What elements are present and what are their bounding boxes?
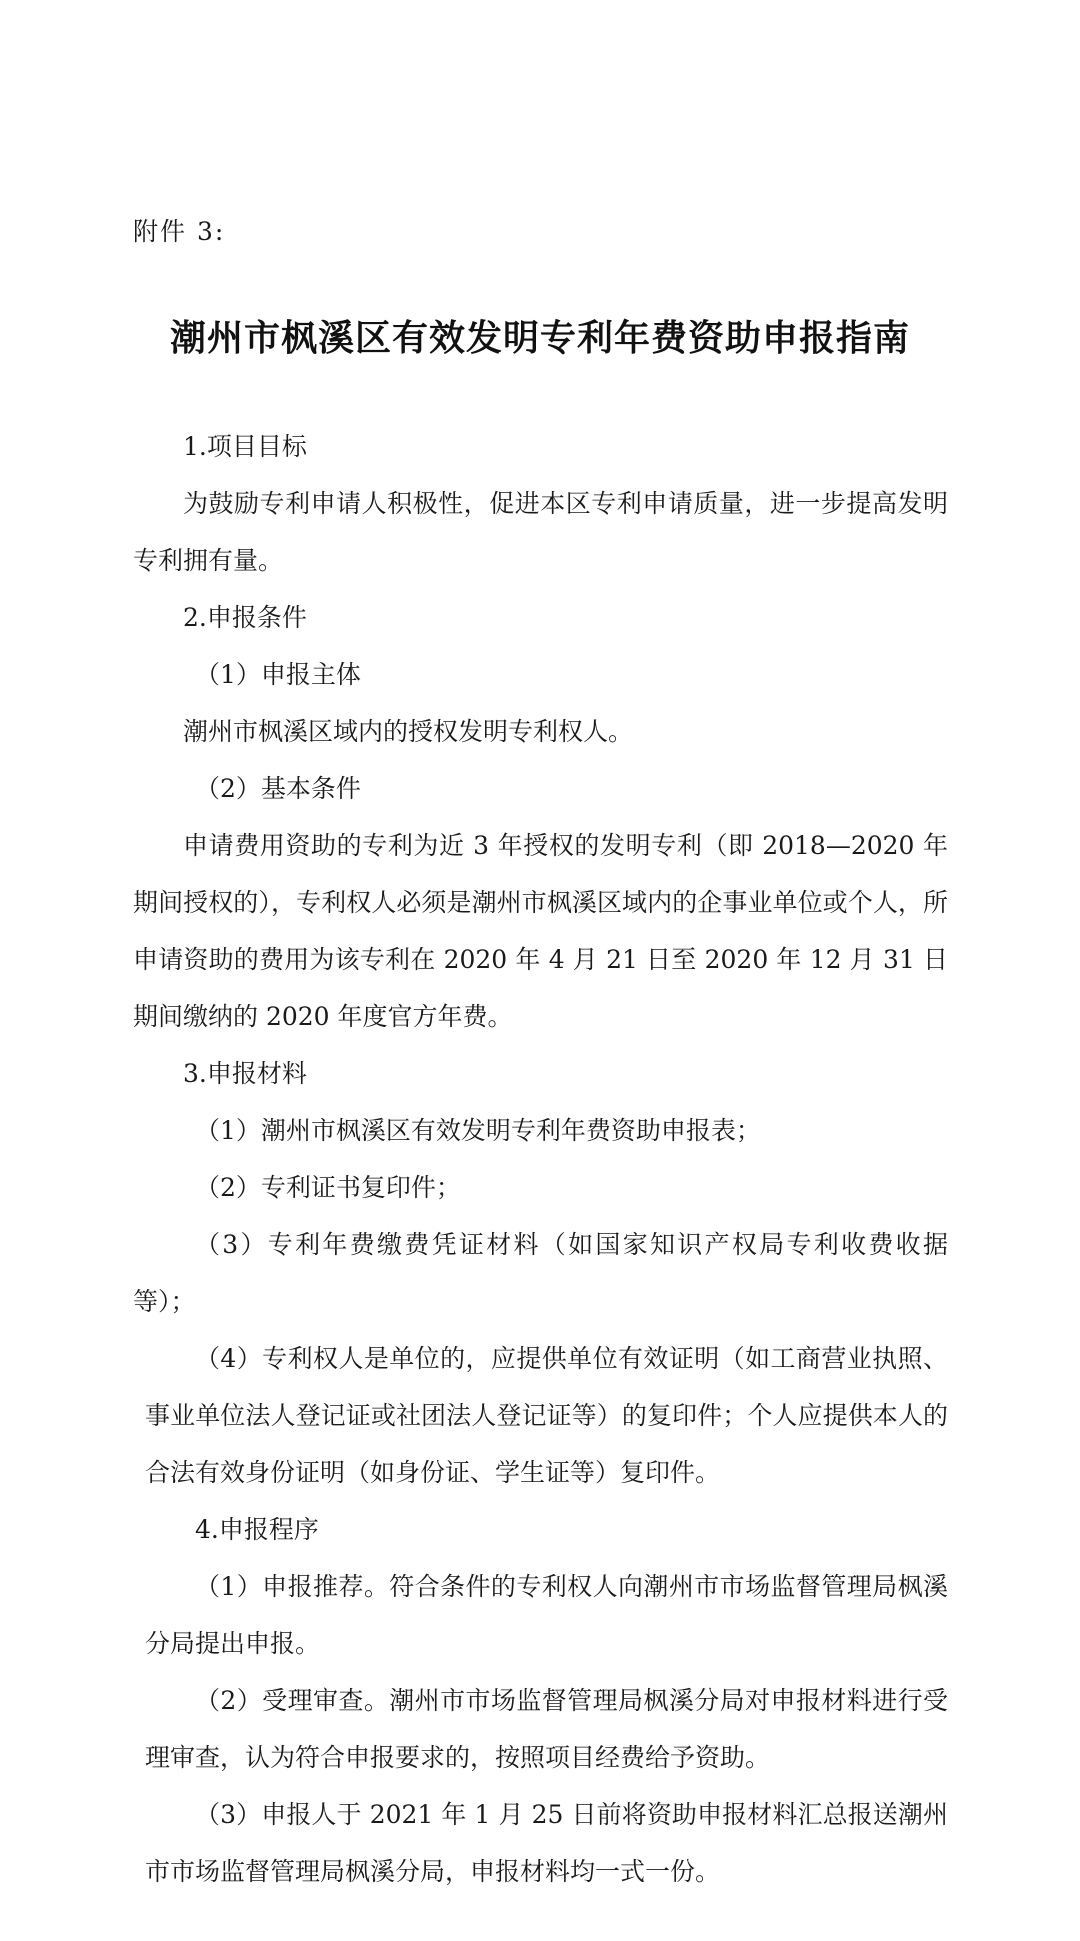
material-item-2: （2）专利证书复印件； — [133, 1159, 948, 1216]
paragraph-applicant: 潮州市枫溪区域内的授权发明专利权人。 — [133, 703, 948, 760]
paragraph-basic-conditions: 申请费用资助的专利为近 3 年授权的发明专利（即 2018—2020 年期间授权… — [133, 817, 948, 1045]
material-item-4: （4）专利权人是单位的，应提供单位有效证明（如工商营业执照、事业单位法人登记证或… — [133, 1330, 948, 1501]
document-page: 附件 3: 潮州市枫溪区有效发明专利年费资助申报指南 1.项目目标 为鼓励专利申… — [0, 0, 1080, 1941]
section-heading-procedure: 4.申报程序 — [133, 1501, 948, 1558]
section-heading-conditions: 2.申报条件 — [133, 589, 948, 646]
paragraph-goal: 为鼓励专利申请人积极性，促进本区专利申请质量，进一步提高发明专利拥有量。 — [133, 475, 948, 589]
subheading-applicant: （1）申报主体 — [133, 646, 948, 703]
section-heading-materials: 3.申报材料 — [133, 1045, 948, 1102]
subheading-basic-conditions: （2）基本条件 — [133, 760, 948, 817]
section-heading-goal: 1.项目目标 — [133, 418, 948, 475]
document-title: 潮州市枫溪区有效发明专利年费资助申报指南 — [0, 310, 1080, 361]
document-body: 1.项目目标 为鼓励专利申请人积极性，促进本区专利申请质量，进一步提高发明专利拥… — [133, 418, 948, 1900]
material-item-3: （3）专利年费缴费凭证材料（如国家知识产权局专利收费收据等）； — [133, 1216, 948, 1330]
material-item-1: （1）潮州市枫溪区有效发明专利年费资助申报表； — [133, 1102, 948, 1159]
procedure-item-2: （2）受理审查。潮州市市场监督管理局枫溪分局对申报材料进行受理审查，认为符合申报… — [133, 1672, 948, 1786]
procedure-item-1: （1）申报推荐。符合条件的专利权人向潮州市市场监督管理局枫溪分局提出申报。 — [133, 1558, 948, 1672]
procedure-item-3: （3）申报人于 2021 年 1 月 25 日前将资助申报材料汇总报送潮州市市场… — [133, 1786, 948, 1900]
attachment-label: 附件 3: — [133, 212, 225, 248]
